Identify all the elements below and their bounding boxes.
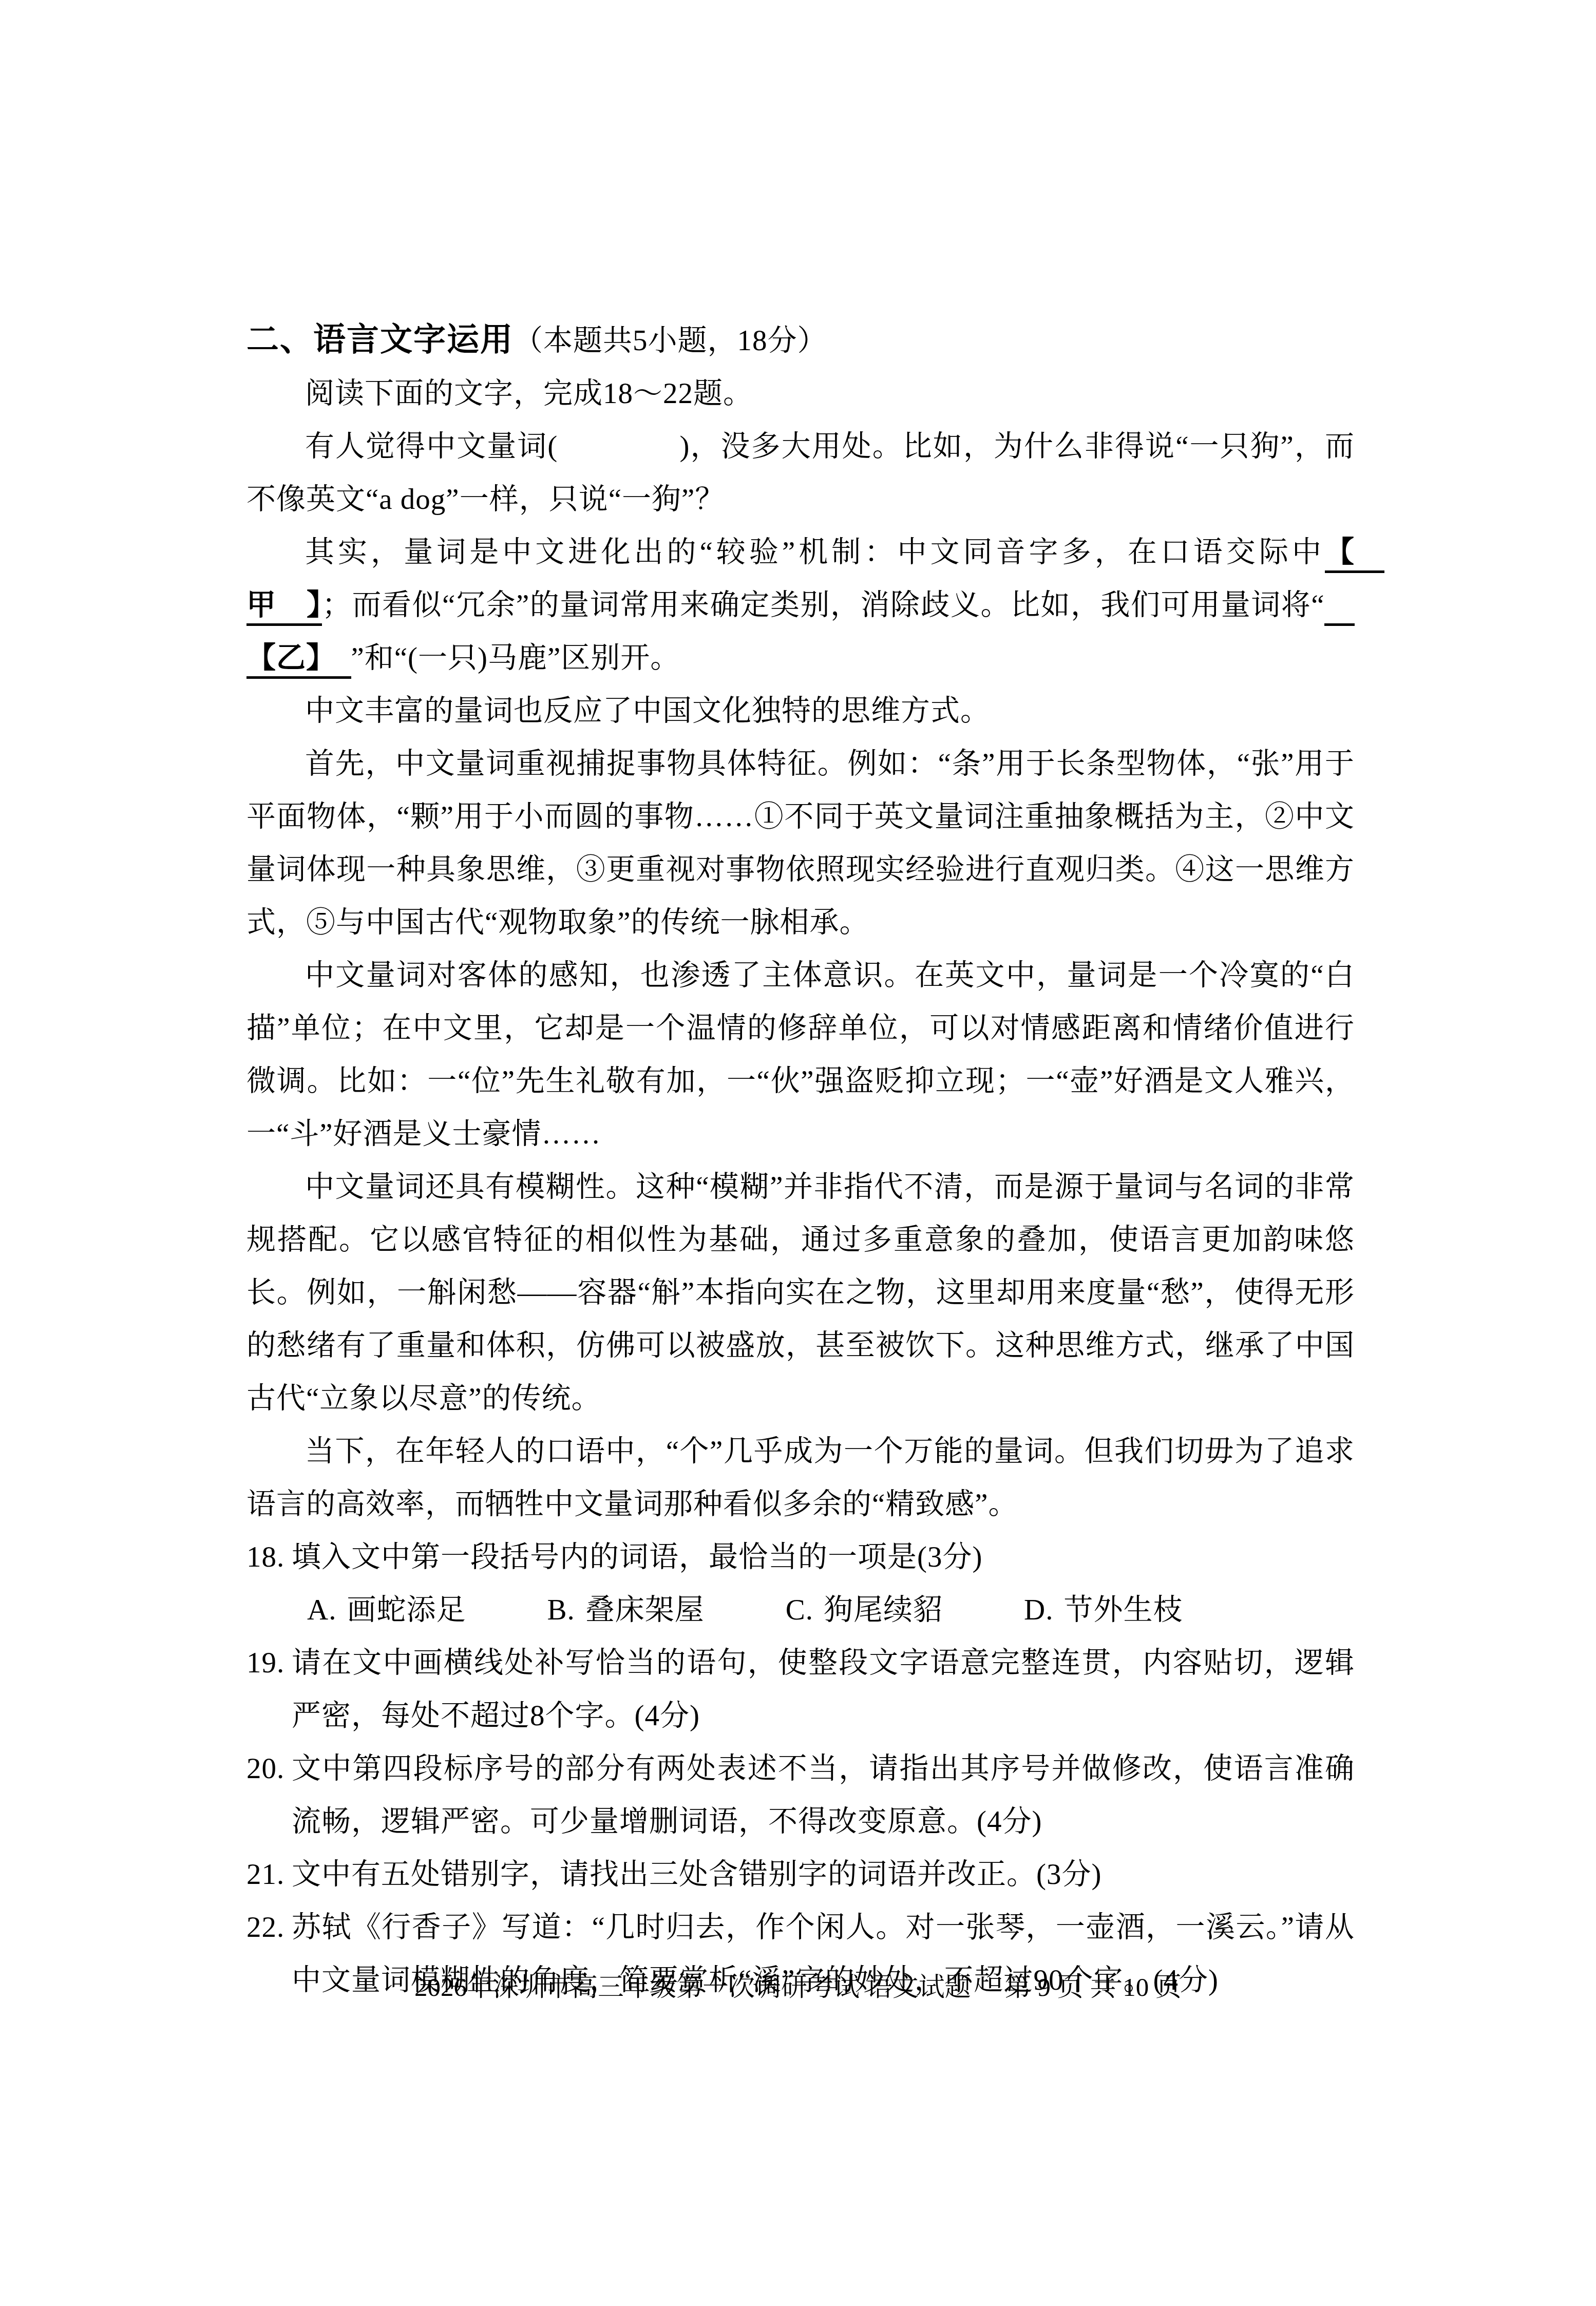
passage-paragraph-2: 其实，量词是中文进化出的“较验”机制：中文同音字多，在口语交际中【 甲 】；而看… [246,526,1355,684]
option-b-letter: B. [547,1594,575,1626]
exam-paper-page: 二、语言文字运用（本题共5小题，18分） 阅读下面的文字，完成18～22题。 有… [0,0,1596,2306]
question-18: 18. 填入文中第一段括号内的词语，最恰当的一项是(3分) A.画蛇添足 B.叠… [246,1531,1355,1636]
section-header: 二、语言文字运用（本题共5小题，18分） [246,313,1355,367]
passage-paragraph-4: 首先，中文量词重视捕捉事物具体特征。例如：“条”用于长条型物体，“张”用于平面物… [246,737,1355,949]
question-19: 19. 请在文中画横线处补写恰当的语句，使整段文字语意完整连贯，内容贴切，逻辑严… [246,1636,1355,1742]
question-19-text: 请在文中画横线处补写恰当的语句，使整段文字语意完整连贯，内容贴切，逻辑严密，每处… [292,1636,1355,1742]
option-c-letter: C. [786,1594,813,1626]
passage-paragraph-7: 当下，在年轻人的口语中，“个”几乎成为一个万能的量词。但我们切毋为了追求语言的高… [246,1425,1355,1531]
passage-paragraph-6: 中文量词还具有模糊性。这种“模糊”并非指代不清，而是源于量词与名词的非常规搭配。… [246,1160,1355,1425]
question-18-number: 18. [246,1531,292,1636]
option-c-text: 狗尾续貂 [824,1594,943,1626]
option-a-letter: A. [307,1594,336,1626]
section-meta: （本题共5小题，18分） [514,325,827,357]
option-d-letter: D. [1024,1594,1053,1626]
question-21-number: 21. [246,1848,292,1901]
question-18-body: 填入文中第一段括号内的词语，最恰当的一项是(3分) A.画蛇添足 B.叠床架屋 … [292,1531,1355,1636]
page-footer: 2026年深圳市高三年级第一次调研考试 语文试题第 9 页 共 10 页 [0,1970,1596,2006]
question-18-text: 填入文中第一段括号内的词语，最恰当的一项是(3分) [292,1531,1355,1584]
option-a-text: 画蛇添足 [347,1594,466,1626]
section-title: 二、语言文字运用 [246,321,514,357]
option-a: A.画蛇添足 [307,1584,466,1636]
question-21-text: 文中有五处错别字，请找出三处含错别字的词语并改正。(3分) [292,1848,1355,1901]
question-18-options: A.画蛇添足 B.叠床架屋 C.狗尾续貂 D.节外生枝 [292,1584,1355,1636]
footer-page-number: 第 9 页 共 10 页 [1005,1973,1182,2002]
paragraph-2-text-1: 其实，量词是中文进化出的“较验”机制：中文同音字多，在口语交际中 [305,536,1325,568]
question-20-text: 文中第四段标序号的部分有两处表述不当，请指出其序号并做修改，使语言准确流畅，逻辑… [292,1742,1355,1848]
paragraph-2-text-3: ”和“(一只)马鹿”区别开。 [351,642,680,674]
footer-exam-title: 2026年深圳市高三年级第一次调研考试 语文试题 [414,1973,971,2002]
question-20-number: 20. [246,1742,292,1848]
passage-intro: 阅读下面的文字，完成18～22题。 [246,367,1355,420]
passage-paragraph-3: 中文丰富的量词也反应了中国文化独特的思维方式。 [246,684,1355,737]
page-content: 二、语言文字运用（本题共5小题，18分） 阅读下面的文字，完成18～22题。 有… [246,313,1355,2007]
question-19-number: 19. [246,1636,292,1742]
paragraph-2-text-2: ；而看似“冗余”的量词常用来确定类别，消除歧义。比如，我们可用量词将“ [322,589,1324,621]
question-21: 21. 文中有五处错别字，请找出三处含错别字的词语并改正。(3分) [246,1848,1355,1901]
option-b: B.叠床架屋 [547,1584,704,1636]
option-d-text: 节外生枝 [1063,1594,1183,1626]
passage-paragraph-1: 有人觉得中文量词( )，没多大用处。比如，为什么非得说“一只狗”，而不像英文“a… [246,420,1355,526]
option-b-text: 叠床架屋 [585,1594,705,1626]
passage-paragraph-5: 中文量词对客体的感知，也渗透了主体意识。在英文中，量词是一个冷寞的“白描”单位；… [246,949,1355,1160]
option-d: D.节外生枝 [1024,1584,1183,1636]
question-20: 20. 文中第四段标序号的部分有两处表述不当，请指出其序号并做修改，使语言准确流… [246,1742,1355,1848]
option-c: C.狗尾续貂 [786,1584,943,1636]
